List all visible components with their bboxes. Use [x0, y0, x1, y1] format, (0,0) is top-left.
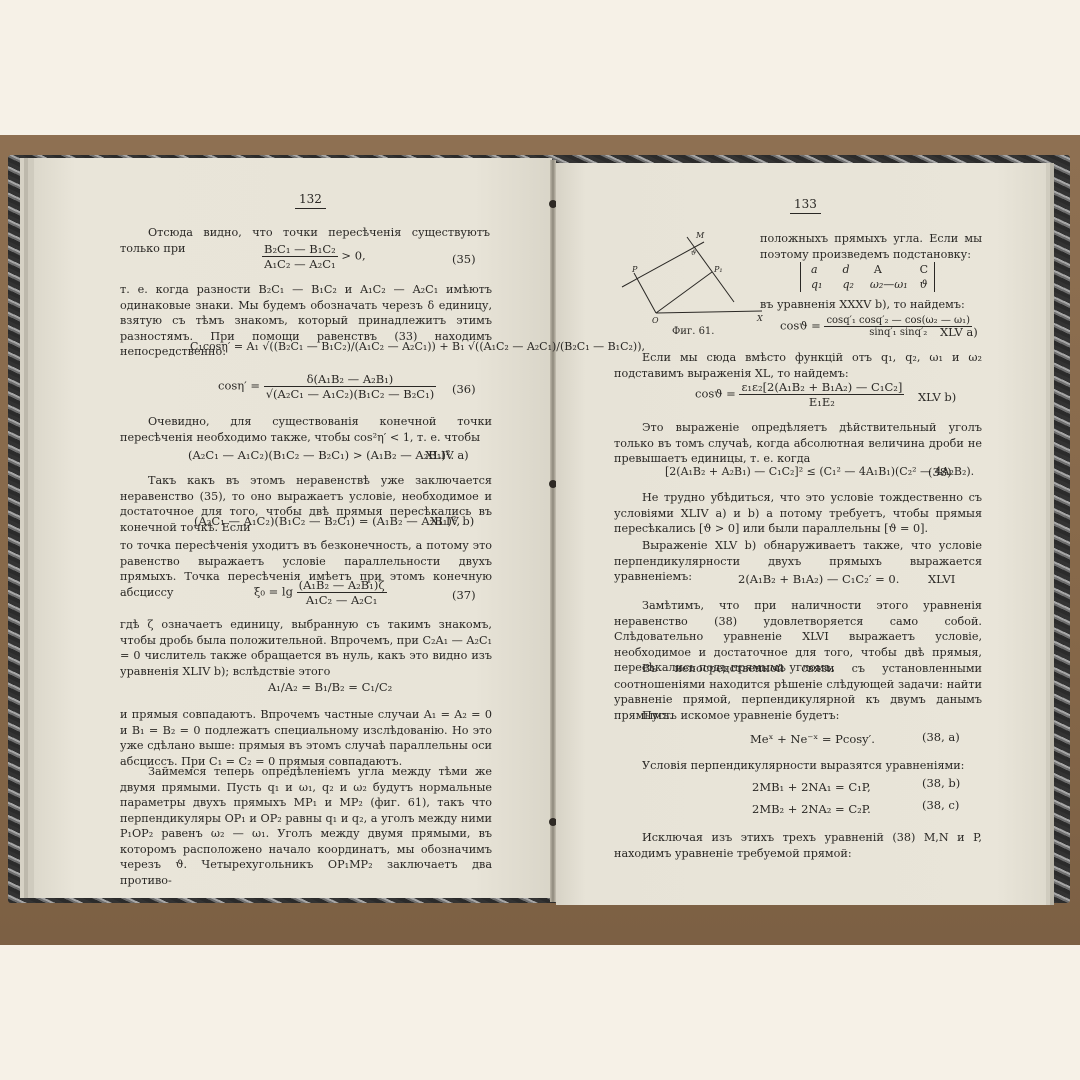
paragraph: Исключая изъ этихъ трехъ уравненій (38) … — [614, 830, 982, 861]
paragraph: Займемся теперь опредѣленіемъ угла между… — [120, 764, 492, 888]
equation-number: (35) — [452, 252, 476, 266]
lhs: ξ₀ = lg — [254, 585, 293, 599]
equation-number: XLVI — [928, 572, 955, 586]
matrix-cell: A — [864, 262, 914, 277]
page-number-right: 133 — [790, 197, 821, 214]
matrix-cell: C — [914, 262, 935, 277]
paragraph: Пусть искомое уравненіе будетъ: — [614, 708, 982, 724]
label-O: O — [652, 316, 659, 325]
label-angle: ϑ — [691, 249, 696, 257]
equation-45b: cosϑ = ε₁ε₂[2(A₁B₂ + B₁A₂) — C₁C₂]E₁E₂ — [695, 380, 904, 409]
equation-36: cosη′ = δ(A₁B₂ — A₂B₁)√(A₂C₁ — A₁C₂)(B₁C… — [218, 372, 436, 401]
equation-number: (37) — [452, 588, 476, 602]
equation-44b: (A₂C₁ — A₁C₂)(B₁C₂ — B₂C₁) = (A₁B₂ — A₂B… — [194, 514, 460, 528]
label-P1: P₁ — [713, 265, 723, 274]
equation-number: (38, a) — [922, 730, 960, 744]
figure-caption: Фиг. 61. — [672, 326, 714, 337]
label-P2: P — [631, 265, 638, 274]
relation: > 0, — [341, 249, 365, 263]
equation-number: XLIV a) — [425, 448, 469, 462]
paragraph: Не трудно убѣдиться, что это условіе тож… — [614, 490, 982, 537]
label-M: M — [695, 231, 705, 240]
equation-ratio: A₁/A₂ = B₁/B₂ = C₁/C₂ — [268, 680, 392, 694]
equation-c1: C₁cosη′ = A₁ √((B₂C₁ — B₁C₂)/(A₁C₂ — A₂C… — [190, 340, 645, 353]
matrix-cell: q₁ — [801, 277, 833, 292]
matrix-cell: q₂ — [832, 277, 863, 292]
paragraph: Если мы сюда вмѣсто функцій отъ q₁, q₂, … — [614, 350, 982, 381]
equation-38c: 2MB₂ + 2NA₂ = C₂P. — [752, 802, 871, 816]
numerator: ε₁ε₂[2(A₁B₂ + B₁A₂) — C₁C₂] — [739, 380, 904, 395]
numerator: B₂C₁ — B₁C₂ — [262, 242, 338, 257]
paragraph: Условія перпендикулярности выразятся ура… — [614, 758, 982, 774]
denominator: E₁E₂ — [739, 395, 904, 409]
paragraph: гдѣ ζ означаетъ единицу, выбранную съ та… — [120, 617, 492, 679]
label-X: X — [756, 314, 763, 323]
lhs: cosη′ = — [218, 379, 260, 393]
paragraph: и прямыя совпадаютъ. Впрочемъ частные сл… — [120, 707, 492, 769]
numerator: δ(A₁B₂ — A₂B₁) — [264, 372, 437, 387]
equation-number: (38, c) — [922, 798, 959, 812]
matrix-cell: a — [801, 262, 833, 277]
paragraph: положныхъ прямыхъ угла. Если мы поэтому … — [760, 231, 982, 262]
lhs: cosϑ = — [695, 387, 736, 401]
equation-44a: (A₂C₁ — A₁C₂)(B₁C₂ — B₂C₁) > (A₁B₂ — A₂B… — [188, 448, 454, 462]
equation-number: (38) — [928, 465, 952, 479]
equation-35: B₂C₁ — B₁C₂A₁C₂ — A₂C₁ > 0, — [262, 242, 366, 271]
paragraph: въ уравненія XXXV b), то найдемъ: — [760, 297, 982, 313]
matrix-cell: ϑ — [914, 277, 935, 292]
denominator: A₁C₂ — A₂C₁ — [297, 593, 387, 607]
equation-number: XLIV b) — [430, 514, 474, 528]
figure-61-diagram: M ϑ P₁ P O X — [612, 225, 782, 325]
numerator: (A₁B₂ — A₂B₁)ζ — [297, 578, 387, 593]
denominator: A₁C₂ — A₂C₁ — [262, 257, 338, 271]
equation-38b: 2MB₁ + 2NA₁ = C₁P, — [752, 780, 871, 794]
equation-38a: Meˣ + Ne⁻ˣ = Pcosy′. — [750, 732, 875, 746]
matrix-table: a d A C q₁ q₂ ω₂—ω₁ ϑ — [800, 262, 935, 292]
lhs: cosϑ = — [780, 319, 821, 333]
substitution-matrix: a d A C q₁ q₂ ω₂—ω₁ ϑ — [800, 262, 935, 292]
page-number-left: 132 — [295, 192, 326, 209]
equation-37: ξ₀ = lg (A₁B₂ — A₂B₁)ζA₁C₂ — A₂C₁ — [254, 578, 387, 607]
denominator: √(A₂C₁ — A₁C₂)(B₁C₂ — B₂C₁) — [264, 387, 437, 401]
equation-number: XLV b) — [918, 390, 956, 404]
equation-46: 2(A₁B₂ + B₁A₂) — C₁C₂′ = 0. — [738, 572, 899, 586]
matrix-cell: d — [832, 262, 863, 277]
paragraph: Это выраженіе опредѣляетъ дѣйствительный… — [614, 420, 982, 467]
matrix-cell: ω₂—ω₁ — [864, 277, 914, 292]
equation-number: (36) — [452, 382, 476, 396]
equation-number: (38, b) — [922, 776, 960, 790]
paragraph: Очевидно, для существованія конечной точ… — [120, 414, 492, 445]
equation-number: XLV a) — [940, 325, 978, 339]
